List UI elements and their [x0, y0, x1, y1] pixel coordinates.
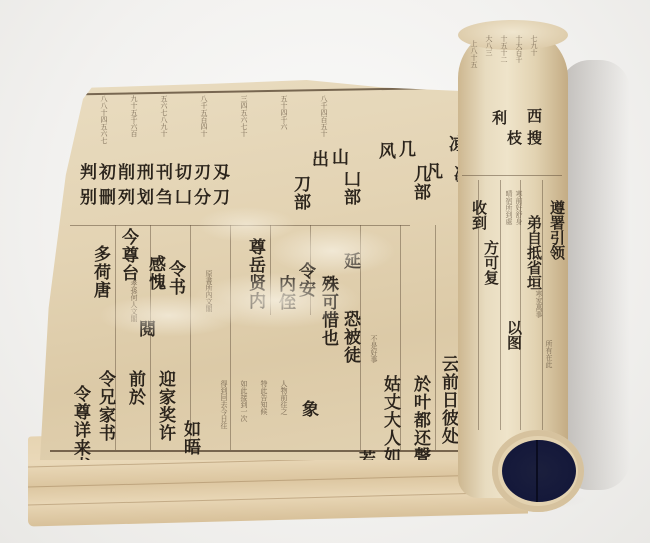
character: 山 — [328, 148, 348, 173]
bottom-border — [50, 450, 470, 452]
small-note: 寒前好舒身 — [515, 190, 523, 280]
text-column: 尊岳贤内 — [245, 238, 265, 328]
character: 风 — [375, 142, 395, 167]
small-note: 八千四百五十 — [320, 95, 328, 145]
small-note: 三四五六七十 — [240, 95, 248, 145]
text-column: 象 — [298, 400, 318, 425]
column-rule — [150, 225, 151, 450]
roll-text-column: 方可复 — [482, 240, 499, 300]
roll-seam — [536, 440, 538, 502]
text-column: 令兄家书 — [95, 370, 115, 460]
small-note: 人物前往之 — [280, 380, 288, 460]
small-note: 孝孫何人文閣 — [130, 280, 138, 340]
small-note: 晴宿所到處 — [505, 190, 513, 280]
text-column: 殊可惜也 — [318, 275, 338, 365]
roll-column-rule — [500, 180, 501, 430]
text-column: 令书 — [165, 260, 185, 310]
small-note: 特此告知候 — [260, 380, 268, 460]
character: 几 — [395, 140, 415, 165]
roll-character: 枝 — [505, 130, 522, 150]
text-column: 前於 — [125, 370, 145, 415]
small-note: 十大百千 — [515, 35, 523, 105]
small-note: 八八十四五六七 — [100, 95, 108, 145]
text-column: 今尊台 — [118, 228, 138, 298]
radical-header: 几部 — [410, 165, 430, 210]
roll-blue-interior — [502, 440, 576, 502]
text-column: 如晤 — [180, 420, 200, 465]
small-note: 十五十二 — [500, 35, 508, 105]
column-rule — [360, 225, 361, 450]
small-note: 所有在此 — [545, 340, 553, 410]
section-divider — [70, 225, 410, 226]
roll-character: 搜 — [525, 130, 542, 150]
small-note: 寒家萬事 — [535, 290, 543, 380]
column-rule — [115, 225, 116, 450]
small-note: 五六七八九十 — [160, 95, 168, 145]
column-rule — [230, 225, 231, 450]
roll-divider — [462, 175, 562, 176]
radical-header: 刀部 — [290, 175, 310, 220]
text-column: 延 — [340, 252, 360, 277]
character: 出 — [308, 150, 328, 175]
roll-shadow — [560, 60, 630, 490]
character: 凡 — [422, 162, 442, 187]
text-column: 閱 — [135, 320, 155, 345]
text-column: 云前日彼处 — [438, 355, 458, 465]
radical-header: 凵部 — [340, 170, 360, 215]
small-note: 八千五百四十 — [200, 95, 208, 145]
roll-text-column: 以图 — [505, 320, 522, 360]
flat-page: 八八十四五六七 九十五千六百 五六七八九十 八千五百四十 三四五六七十 五十四千… — [40, 80, 470, 460]
small-note: 大八三 — [485, 35, 493, 105]
column-rule — [310, 225, 311, 315]
small-note: 五十四千六 — [280, 95, 288, 145]
column-rule — [435, 225, 436, 450]
column-rule — [270, 225, 271, 315]
small-note: 七九十 — [530, 35, 538, 105]
small-note: 得到回去今日往 — [220, 380, 228, 460]
column-rule — [190, 225, 191, 450]
roll-text-column: 收到 — [470, 200, 487, 240]
small-note: 九十五千六百 — [130, 95, 138, 145]
text-column: 感愧 — [145, 255, 165, 305]
text-column: 令安 — [295, 262, 315, 312]
text-column: 多荷唐 — [90, 245, 110, 315]
text-column: 内侄 — [275, 275, 295, 325]
character-row-lower: 别刪列划刍凵分刀 — [80, 183, 232, 208]
roll-character: 西 — [525, 108, 542, 128]
small-note: 上八十五 — [470, 40, 478, 110]
small-note: 不是好事 — [370, 335, 378, 395]
roll-text-column: 弟自抵省垣 — [525, 215, 542, 300]
small-note: 如此接到一次 — [240, 380, 248, 460]
column-rule — [400, 225, 401, 450]
text-column: 迎家奖许 — [155, 370, 175, 460]
small-note: 原書所內文閣 — [205, 270, 213, 330]
roll-text-column: 遵署引领 — [548, 200, 565, 275]
character-row-upper: 判初削刑刊切刃刄 — [80, 158, 232, 183]
text-column: 恐被徒 — [340, 310, 360, 380]
